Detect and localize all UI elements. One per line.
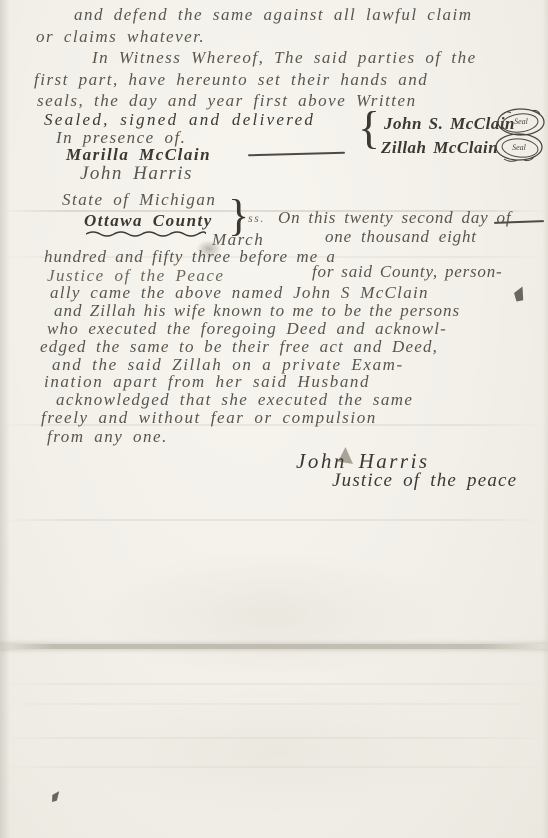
deed-scan-page: and defend the same against all lawful c… [0, 0, 548, 838]
ack-line: acknowledged that she executed the same [56, 391, 413, 410]
deed-text-line: or claims whatever. [36, 28, 205, 47]
ack-line: edged the same to be their free act and … [40, 338, 438, 357]
signature-brace: { [358, 103, 380, 154]
county-heading: Ottawa County [84, 212, 213, 231]
pen-dash [248, 152, 345, 157]
ack-line: hundred and fifty three before me a [44, 248, 336, 267]
ink-mark [512, 285, 527, 304]
grantor-signature-2: Zillah McClain [381, 139, 498, 158]
ack-line: freely and without fear or compulsion [41, 409, 377, 428]
ink-mark [49, 789, 62, 804]
ack-line: for said County, person- [312, 263, 503, 282]
fold-crease [0, 766, 548, 768]
seal-label: Seal [494, 143, 544, 152]
seal-label: Seal [496, 117, 546, 126]
ack-line: who executed the foregoing Deed and ackn… [47, 320, 447, 339]
wavy-underline [86, 230, 206, 238]
fold-crease [0, 737, 548, 739]
ack-line: On this twenty second day of [278, 209, 511, 228]
deed-text-line: and defend the same against all lawful c… [74, 6, 473, 25]
paper-stain [90, 550, 450, 680]
paper-stain [60, 680, 480, 820]
state-heading: State of Michigan [62, 191, 216, 210]
ack-line: one thousand eight [325, 228, 477, 247]
ack-line: from any one. [47, 428, 168, 447]
deed-text-line: first part, have hereunto set their hand… [34, 71, 428, 90]
fold-crease [0, 703, 548, 705]
sealed-delivered-line: Sealed, signed and delivered [44, 111, 315, 130]
ss-abbrev: ss. [248, 212, 265, 225]
fold-crease [0, 683, 548, 685]
fold-crease [0, 519, 548, 521]
hand-drawn-seal-2: Seal [494, 133, 544, 163]
ack-line: ally came the above named John S McClain [50, 284, 429, 303]
deed-text-line: In Witness Whereof, The said parties of … [92, 49, 477, 68]
witness-signature-2: John Harris [80, 164, 193, 185]
notary-title: Justice of the peace [332, 471, 517, 492]
ack-line: ination apart from her said Husband [44, 373, 370, 392]
witness-signature-1: Marilla McClain [66, 146, 211, 165]
fold-crease-main [0, 644, 548, 649]
ack-line: and Zillah his wife known to me to be th… [54, 302, 460, 321]
